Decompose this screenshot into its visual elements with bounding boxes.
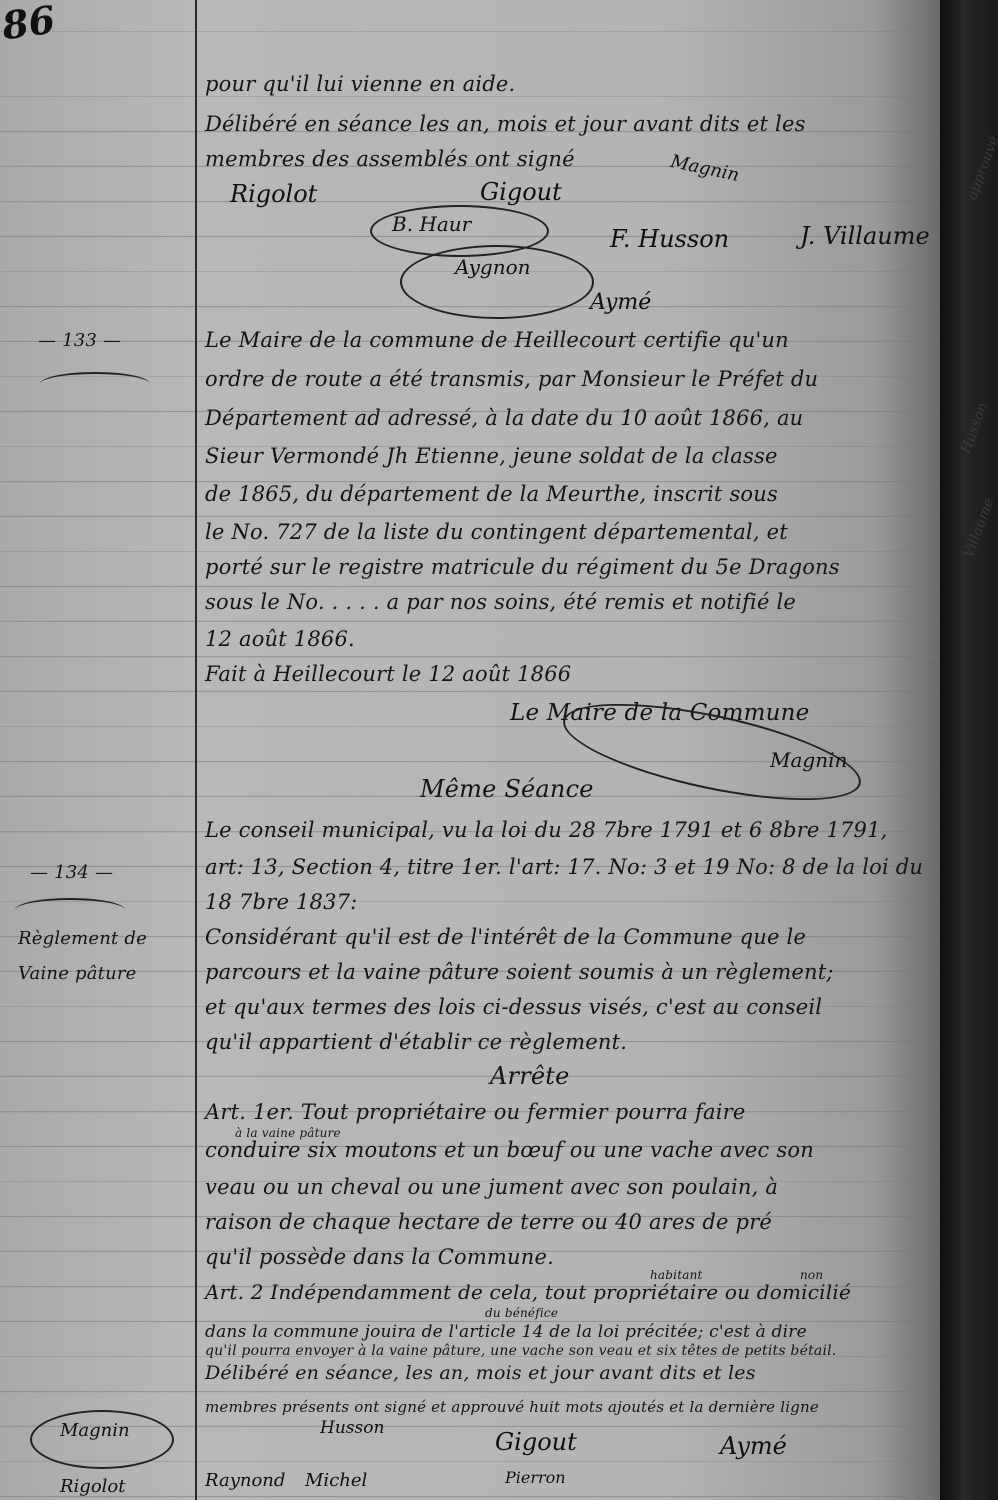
- text-line: Département ad adressé, à la date du 10 …: [205, 406, 803, 430]
- text-line: ordre de route a été transmis, par Monsi…: [205, 367, 818, 391]
- article-line: qu'il possède dans la Commune.: [205, 1245, 554, 1269]
- text-line: Considérant qu'il est de l'intérêt de la…: [205, 925, 806, 949]
- text-line: Fait à Heillecourt le 12 août 1866: [205, 662, 571, 686]
- signature: Pierron: [505, 1468, 566, 1487]
- spine-note: approuvé: [964, 134, 998, 202]
- article-line: qu'il pourra envoyer à la vaine pâture, …: [205, 1343, 836, 1359]
- signature: Magnin: [60, 1420, 130, 1441]
- signature: J. Villaume: [800, 222, 930, 250]
- page-number: 86: [0, 0, 58, 48]
- signature: Rigolot: [60, 1476, 126, 1497]
- signature: F. Husson: [610, 225, 729, 253]
- margin-rule: [195, 0, 197, 1500]
- text-line: porté sur le registre matricule du régim…: [205, 555, 840, 579]
- text-line: pour qu'il lui vienne en aide.: [205, 72, 515, 96]
- text-line: Délibéré en séance, les an, mois et jour…: [205, 1362, 756, 1384]
- text-line: le No. 727 de la liste du contingent dép…: [205, 520, 788, 544]
- text-line: parcours et la vaine pâture soient soumi…: [205, 960, 834, 984]
- register-page: 86 pour qu'il lui vienne en aide. Délibé…: [0, 0, 940, 1500]
- mayor-signature: Magnin: [770, 748, 847, 772]
- text-line: 12 août 1866.: [205, 627, 355, 651]
- decision-heading: Arrête: [490, 1062, 570, 1090]
- text-line: 18 7bre 1837:: [205, 890, 357, 914]
- text-line: de 1865, du département de la Meurthe, i…: [205, 482, 778, 506]
- entry-number: — 133 —: [38, 330, 121, 351]
- text-line: et qu'aux termes des lois ci-dessus visé…: [205, 995, 822, 1019]
- spine-note: Husson: [958, 400, 991, 455]
- signature: B. Haur: [392, 212, 471, 236]
- text-line: membres présents ont signé et approuvé h…: [205, 1398, 819, 1416]
- session-heading: Même Séance: [420, 775, 594, 803]
- text-line: qu'il appartient d'établir ce règlement.: [205, 1030, 627, 1054]
- article-line: Art. 2 Indépendamment de cela, tout prop…: [205, 1280, 851, 1304]
- signature: Gigout: [480, 178, 562, 206]
- text-line: Sieur Vermondé Jh Etienne, jeune soldat …: [205, 444, 778, 468]
- signature: Michel: [305, 1470, 367, 1491]
- text-line: Le conseil municipal, vu la loi du 28 7b…: [205, 818, 888, 842]
- text-line: Délibéré en séance les an, mois et jour …: [205, 112, 806, 136]
- signature: Husson: [320, 1418, 384, 1438]
- signature: Aymé: [720, 1432, 787, 1460]
- article-line: Art. 1er. Tout propriétaire ou fermier p…: [205, 1100, 746, 1124]
- text-line: Le Maire de la commune de Heillecourt ce…: [205, 328, 789, 352]
- margin-title: Règlement de: [18, 928, 147, 949]
- book-spine: approuvé Husson Villaume: [940, 0, 998, 1500]
- signature: Aymé: [590, 290, 651, 315]
- signature: Aygnon: [455, 255, 531, 279]
- article-line: veau ou un cheval ou une jument avec son…: [205, 1175, 778, 1199]
- text-line: art: 13, Section 4, titre 1er. l'art: 17…: [205, 855, 923, 879]
- entry-number: — 134 —: [30, 862, 113, 883]
- interlinear-note: du bénéfice: [485, 1306, 558, 1320]
- article-line: raison de chaque hectare de terre ou 40 …: [205, 1210, 772, 1234]
- text-line: membres des assemblés ont signé: [205, 147, 575, 171]
- text-line: sous le No. . . . . a par nos soins, été…: [205, 590, 796, 614]
- spine-note: Villaume: [961, 496, 997, 560]
- signature: Rigolot: [230, 180, 317, 208]
- margin-title: Vaine pâture: [18, 963, 137, 984]
- signature: Gigout: [495, 1428, 577, 1456]
- article-line: dans la commune jouira de l'article 14 d…: [205, 1322, 807, 1342]
- signature: Raynond: [205, 1470, 285, 1491]
- article-line: conduire six moutons et un bœuf ou une v…: [205, 1138, 814, 1162]
